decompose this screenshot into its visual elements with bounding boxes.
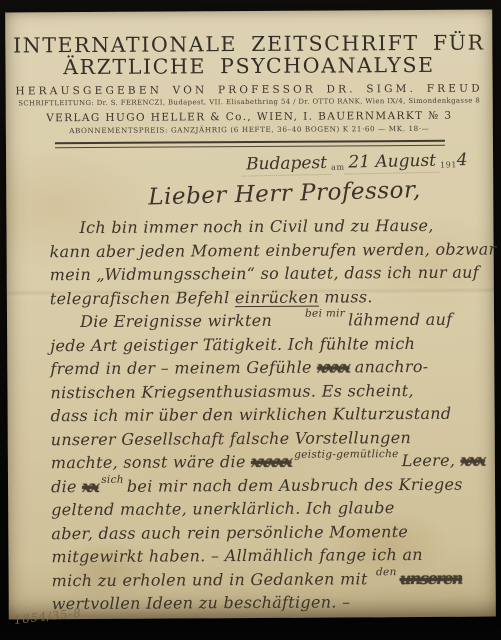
- handwriting-text: jede Art geistiger Tätigkeit. Ich fühlte…: [50, 333, 415, 354]
- handwriting-text: Die Ereignisse wirkten: [80, 311, 272, 331]
- handwriting-text: kann aber jeden Moment einberufen werden…: [50, 239, 497, 261]
- printed-year-prefix: 191: [440, 160, 457, 169]
- struck-out-word: unseren: [400, 568, 462, 587]
- handwriting-text: unserer Gesellschaft falsche Vorstellung…: [51, 428, 411, 449]
- handwriting-text: lähmend auf: [348, 310, 452, 330]
- handwriting-lines: Ich bin immer noch in Civil und zu Hause…: [49, 214, 471, 616]
- publisher-line: VERLAG HUGO HELLER & Co., WIEN, I. BAUER…: [6, 110, 493, 125]
- handwriting-text: fremd in der – meinem Gefühle: [50, 358, 317, 379]
- handwriting-line: Die Ereignisse wirktenbei mirlähmend auf: [50, 308, 470, 334]
- date-day-month: 21 August: [344, 151, 440, 175]
- salutation: Lieber Herr Professor,: [148, 177, 421, 210]
- handwriting-line: die xxsichbei mir nach dem Ausbruch des …: [51, 472, 471, 498]
- handwriting-line: telegrafischen Befehl einrücken muss.: [50, 284, 470, 310]
- letterhead: INTERNATIONALE ZEITSCHRIFT FÜR ÄRZTLICHE…: [5, 32, 493, 149]
- handwriting-line: mich zu erholen und in Gedanken mit denu…: [52, 566, 472, 592]
- handwriting-text: nistischen Kriegsenthusiasmus. Es schein…: [50, 381, 413, 402]
- handwriting-text: aber, dass auch rein persönliche Momente: [51, 522, 408, 543]
- handwriting-text: bei mir nach dem Ausbruch des Krieges: [127, 474, 463, 495]
- handwriting-line: fremd in der – meinem Gefühle xxxx anach…: [50, 355, 470, 381]
- handwriting-text: die: [51, 477, 82, 496]
- struck-out-word: xx: [82, 476, 98, 495]
- handwriting-line: nistischen Kriegsenthusiasmus. Es schein…: [50, 378, 470, 404]
- date-line: Budapestam21 August1914: [242, 150, 468, 175]
- handwriting-text: wertvollen Ideen zu beschäftigen. –: [52, 592, 351, 613]
- handwriting-text: geltend machte, unerklärlich. Ich glaube: [51, 498, 395, 519]
- editor-line: HERAUSGEGEBEN VON PROFESSOR DR. SIGM. FR…: [6, 83, 493, 98]
- printed-am-label: am: [331, 163, 345, 172]
- handwriting-line: jede Art geistiger Tätigkeit. Ich fühlte…: [50, 331, 470, 357]
- inserted-word: geistig-gemütliche: [294, 454, 398, 455]
- journal-title-line2: ÄRZTLICHE PSYCHOANALYSE: [5, 54, 492, 79]
- scan-background: INTERNATIONALE ZEITSCHRIFT FÜR ÄRZTLICHE…: [0, 0, 501, 640]
- letter-paper: INTERNATIONALE ZEITSCHRIFT FÜR ÄRZTLICHE…: [5, 10, 496, 620]
- handwriting-line: wertvollen Ideen zu beschäftigen. –: [52, 590, 472, 616]
- letterhead-divider-rule: [54, 140, 444, 148]
- handwriting-text: mich zu erholen und in Gedanken mit: [52, 569, 374, 590]
- handwriting-text: dass ich mir über den wirklichen Kulturz…: [51, 404, 452, 425]
- handwriting-text: Ich bin immer noch in Civil und zu Hause…: [79, 216, 433, 237]
- date-year-suffix: 4: [457, 150, 468, 170]
- handwriting-line: Ich bin immer noch in Civil und zu Hause…: [49, 214, 469, 240]
- handwriting-line: mein „Widmungsschein“ so lautet, dass ic…: [50, 261, 470, 287]
- subscription-line: ABONNEMENTSPREIS: GANZJÄHRIG (6 HEFTE, 3…: [6, 124, 493, 136]
- handwriting-text: Leere,: [402, 451, 461, 470]
- handwriting-line: mitgewirkt haben. – Allmählich fange ich…: [51, 543, 471, 569]
- handwriting-text: anachro-: [349, 357, 428, 376]
- struck-out-word: xxx: [461, 451, 485, 470]
- handwriting-text: muss.: [319, 287, 373, 306]
- handwriting-line: unserer Gesellschaft falsche Vorstellung…: [51, 425, 471, 451]
- handwriting-text: telegrafischen Befehl: [50, 288, 235, 308]
- handwriting-line: dass ich mir über den wirklichen Kulturz…: [51, 402, 471, 428]
- struck-out-word: xxxxx: [251, 452, 291, 471]
- editorial-office-line: SCHRIFTLEITUNG: Dr. S. FERENCZI, Budapes…: [6, 97, 493, 108]
- archive-label: 1854/35-8: [13, 606, 82, 627]
- date-city: Budapest: [242, 153, 331, 177]
- handwriting-text: mitgewirkt haben. – Allmählich fange ich…: [51, 545, 422, 566]
- handwriting-line: machte, sonst wäre die xxxxxgeistig-gemü…: [51, 449, 471, 475]
- handwriting-text: mein „Widmungsschein“ so lautet, dass ic…: [50, 263, 479, 285]
- handwriting-line: aber, dass auch rein persönliche Momente: [51, 519, 471, 545]
- struck-out-word: xxxx: [317, 357, 349, 376]
- handwriting-line: kann aber jeden Moment einberufen werden…: [50, 237, 470, 263]
- handwriting-line: geltend machte, unerklärlich. Ich glaube: [51, 496, 471, 522]
- handwriting-text: einrücken: [235, 287, 319, 307]
- handwriting-text: machte, sonst wäre die: [51, 452, 251, 472]
